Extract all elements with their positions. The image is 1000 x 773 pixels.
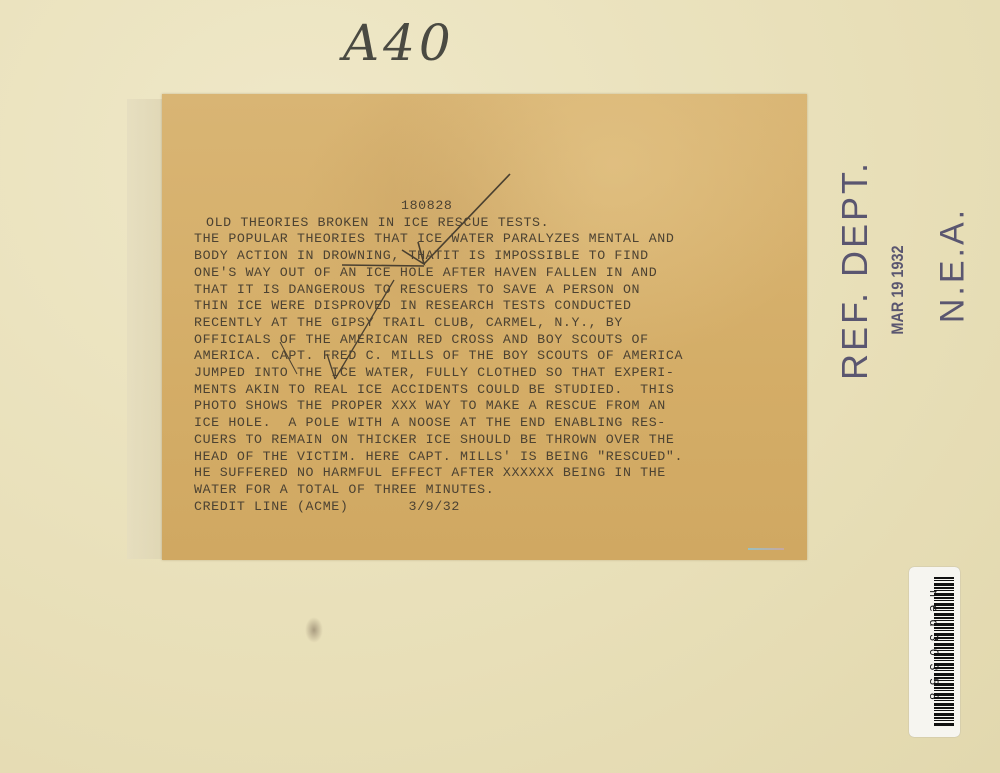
credit-line: CREDIT LINE (ACME) 3/9/32 bbox=[194, 499, 794, 516]
barcode-label: ned30358 www.historicimages.com bbox=[909, 567, 960, 737]
smudge bbox=[305, 617, 323, 643]
tick-mark bbox=[748, 548, 784, 550]
barcode-number: ned30358 bbox=[927, 574, 941, 724]
caption-line: HEAD OF THE VICTIM. HERE CAPT. MILLS' IS… bbox=[194, 449, 794, 466]
caption-line: ICE HOLE. A POLE WITH A NOOSE AT THE END… bbox=[194, 415, 794, 432]
caption-line: OFFICIALS OF THE AMERICAN RED CROSS AND … bbox=[194, 332, 794, 349]
date-stamp: MAR 19 1932 bbox=[883, 230, 913, 350]
ref-dept-text: REF. DEPT. bbox=[834, 160, 876, 380]
handwritten-note: A40 bbox=[343, 14, 455, 72]
agency-stamp-text: N.E.A. bbox=[934, 207, 973, 323]
caption-line: ONE'S WAY OUT OF AN ICE HOLE AFTER HAVEN… bbox=[194, 265, 794, 282]
caption-line: BODY ACTION IN DROWNING, THATIT IS IMPOS… bbox=[194, 248, 794, 265]
press-clipping: 180828 OLD THEORIES BROKEN IN ICE RESCUE… bbox=[162, 94, 807, 560]
ref-dept-stamp: REF. DEPT. bbox=[830, 150, 880, 390]
typed-caption: 180828 OLD THEORIES BROKEN IN ICE RESCUE… bbox=[194, 198, 794, 515]
caption-line: HE SUFFERED NO HARMFUL EFFECT AFTER XXXX… bbox=[194, 465, 794, 482]
caption-line: AMERICA. CAPT. FRED C. MILLS OF THE BOY … bbox=[194, 348, 794, 365]
mount-shadow bbox=[127, 99, 163, 559]
caption-line: THAT IT IS DANGEROUS TO RESCUERS TO SAVE… bbox=[194, 282, 794, 299]
caption-line: JUMPED INTO THE ICE WATER, FULLY CLOTHED… bbox=[194, 365, 794, 382]
caption-line: WATER FOR A TOTAL OF THREE MINUTES. bbox=[194, 482, 794, 499]
caption-line: CUERS TO REMAIN ON THICKER ICE SHOULD BE… bbox=[194, 432, 794, 449]
caption-line: THE POPULAR THEORIES THAT ICE WATER PARA… bbox=[194, 231, 794, 248]
caption-line: MENTS AKIN TO REAL ICE ACCIDENTS COULD B… bbox=[194, 382, 794, 399]
headline: OLD THEORIES BROKEN IN ICE RESCUE TESTS. bbox=[194, 215, 794, 232]
caption-line: THIN ICE WERE DISPROVED IN RESEARCH TEST… bbox=[194, 298, 794, 315]
agency-stamp: N.E.A. bbox=[928, 195, 978, 335]
date-stamp-text: MAR 19 1932 bbox=[888, 245, 908, 334]
photo-number: 180828 bbox=[194, 198, 794, 215]
caption-line: PHOTO SHOWS THE PROPER XXX WAY TO MAKE A… bbox=[194, 398, 794, 415]
caption-line: RECENTLY AT THE GIPSY TRAIL CLUB, CARMEL… bbox=[194, 315, 794, 332]
